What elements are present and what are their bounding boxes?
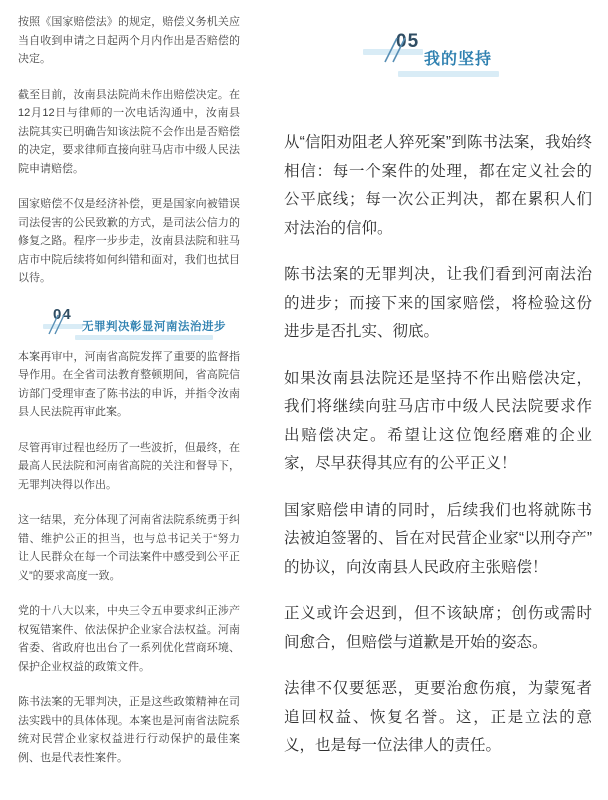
section-title: 我的坚持 xyxy=(424,52,492,68)
section-title: 无罪判决彰显河南法治进步 xyxy=(82,322,226,334)
paragraph: 这一结果，充分体现了河南省法院系统勇于纠错、维护公正的担当，也与总书记关于“努力… xyxy=(18,511,240,585)
paragraph: 正义或许会迟到，但不该缺席；创伤或需时间愈合，但赔偿与道歉是开始的姿态。 xyxy=(284,600,592,657)
section-header-04: 04 无罪判决彰显河南法治进步 xyxy=(18,306,240,342)
section-header-05: 05 我的坚持 xyxy=(284,26,592,78)
paragraph: 本案再审中，河南省高院发挥了重要的监督指导作用。在全省司法教育整顿期间，省高院信… xyxy=(18,348,240,422)
paragraph: 国家赔偿申请的同时，后续我们也将就陈书法被迫签署的、旨在对民营企业家“以刑夺产”… xyxy=(284,497,592,583)
article-page: 按照《国家赔偿法》的规定，赔偿义务机关应当自收到申请之日起两个月内作出是否赔偿的… xyxy=(0,0,608,800)
left-column: 按照《国家赔偿法》的规定，赔偿义务机关应当自收到申请之日起两个月内作出是否赔偿的… xyxy=(18,13,240,784)
double-slash-icon xyxy=(46,311,70,337)
title-underline-bar xyxy=(398,71,499,77)
paragraph: 陈书法案的无罪判决，让我们看到河南法治的进步；而接下来的国家赔偿，将检验这份进步… xyxy=(284,261,592,347)
paragraph: 截至目前，汝南县法院尚未作出赔偿决定。在12月12日与律师的一次电话沟通中，汝南… xyxy=(18,86,240,179)
paragraph: 党的十八大以来，中央三令五申要求纠正涉产权冤错案件、依法保护企业家合法权益。河南… xyxy=(18,602,240,676)
paragraph: 尽管再审过程也经历了一些波折，但最终，在最高人民法院和河南省高院的关注和督导下，… xyxy=(18,439,240,495)
double-slash-icon xyxy=(381,35,413,65)
paragraph: 国家赔偿不仅是经济补偿，更是国家向被错误司法侵害的公民致歉的方式，是司法公信力的… xyxy=(18,195,240,288)
right-column: 05 我的坚持 从“信阳劝阻老人猝死案”到陈书法案，我始终相信：每一个案件的处理… xyxy=(284,26,592,779)
paragraph: 法律不仅要惩恶，更要治愈伤痕，为蒙冤者追回权益、恢复名誉。这，正是立法的意义，也… xyxy=(284,675,592,761)
paragraph: 陈书法案的无罪判决，正是这些政策精神在司法实践中的具体体现。本案也是河南省法院系… xyxy=(18,693,240,767)
paragraph: 如果汝南县法院还是坚持不作出赔偿决定，我们将继续向驻马店市中级人民法院要求作出赔… xyxy=(284,365,592,479)
paragraph: 按照《国家赔偿法》的规定，赔偿义务机关应当自收到申请之日起两个月内作出是否赔偿的… xyxy=(18,13,240,69)
paragraph: 从“信阳劝阻老人猝死案”到陈书法案，我始终相信：每一个案件的处理，都在定义社会的… xyxy=(284,129,592,243)
title-underline-bar xyxy=(75,335,213,340)
